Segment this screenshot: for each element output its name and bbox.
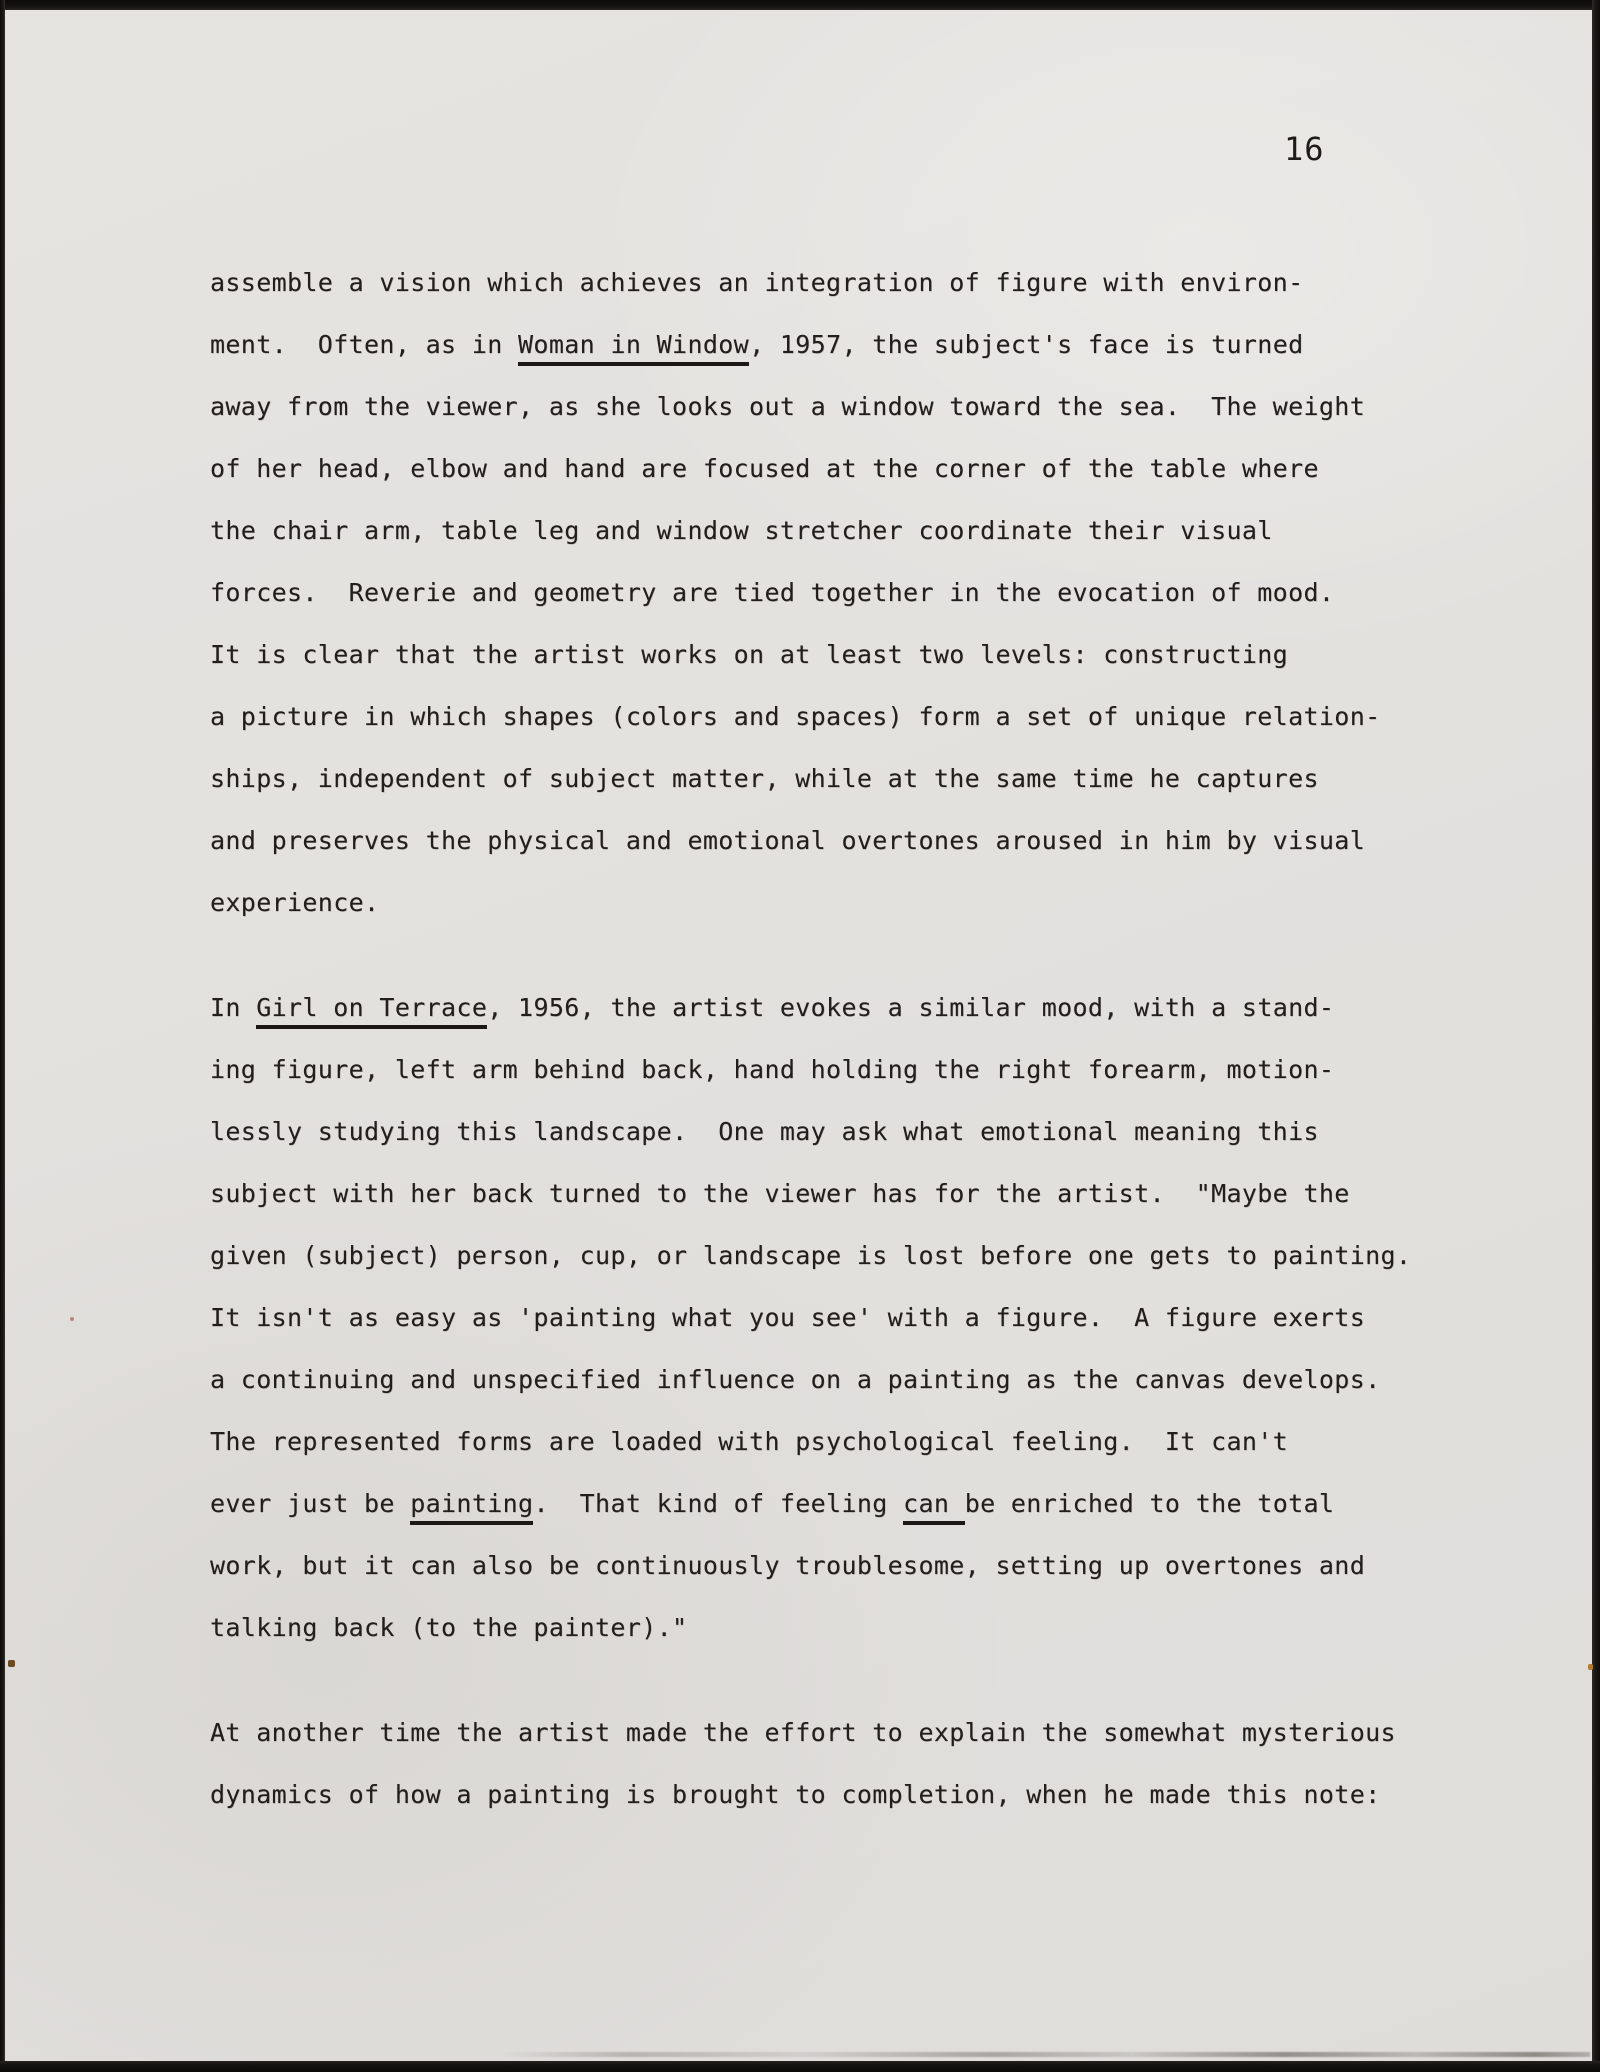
text-line: ing figure, left arm behind back, hand h… [210,1039,1470,1101]
text-line: In Girl on Terrace, 1956, the artist evo… [210,977,1470,1039]
scanned-document-page: 16 assemble a vision which achieves an i… [0,0,1600,2072]
text-line: given (subject) person, cup, or landscap… [210,1225,1470,1287]
text-segment: experience. [210,888,379,917]
scan-speck-left [8,1660,15,1667]
text-line: a continuing and unspecified influence o… [210,1349,1470,1411]
text-line: ships, independent of subject matter, wh… [210,748,1470,810]
text-segment: be enriched to the total [965,1489,1335,1518]
scan-edge-left [0,0,5,2072]
text-line: a picture in which shapes (colors and sp… [210,686,1470,748]
text-line: dynamics of how a painting is brought to… [210,1764,1470,1826]
text-segment: talking back (to the painter)." [210,1613,687,1642]
text-segment: a continuing and unspecified influence o… [210,1365,1381,1394]
text-segment: . That kind of feeling [533,1489,903,1518]
scan-edge-bottom [0,2061,1600,2072]
text-line: The represented forms are loaded with ps… [210,1411,1470,1473]
text-segment: , 1957, the subject's face is turned [749,330,1303,359]
text-segment: assemble a vision which achieves an inte… [210,268,1304,297]
underlined-text: Woman in Window [518,330,749,366]
paragraph: In Girl on Terrace, 1956, the artist evo… [210,977,1470,1659]
text-segment: the chair arm, table leg and window stre… [210,516,1273,545]
text-segment: ships, independent of subject matter, wh… [210,764,1319,793]
text-segment: It isn't as easy as 'painting what you s… [210,1303,1365,1332]
text-segment: of her head, elbow and hand are focused … [210,454,1319,483]
text-line: experience. [210,872,1470,934]
underlined-text: can [903,1489,965,1525]
scan-smudge [500,2052,1590,2057]
scan-speck-margin [70,1317,74,1321]
text-segment: ment. Often, as in [210,330,518,359]
text-line: subject with her back turned to the view… [210,1163,1470,1225]
text-segment: The represented forms are loaded with ps… [210,1427,1288,1456]
text-line: work, but it can also be continuously tr… [210,1535,1470,1597]
text-segment: ing figure, left arm behind back, hand h… [210,1055,1334,1084]
paragraph: At another time the artist made the effo… [210,1702,1470,1826]
scan-edge-top [0,0,1600,10]
text-segment: In [210,993,256,1022]
text-segment: dynamics of how a painting is brought to… [210,1780,1381,1809]
underlined-text: Girl on Terrace [256,993,487,1029]
text-line: At another time the artist made the effo… [210,1702,1470,1764]
text-segment: , 1956, the artist evokes a similar mood… [487,993,1334,1022]
text-line: the chair arm, table leg and window stre… [210,500,1470,562]
text-segment: away from the viewer, as she looks out a… [210,392,1365,421]
text-line: of her head, elbow and hand are focused … [210,438,1470,500]
text-segment: and preserves the physical and emotional… [210,826,1365,855]
text-segment: lessly studying this landscape. One may … [210,1117,1319,1146]
text-line: lessly studying this landscape. One may … [210,1101,1470,1163]
text-line: ever just be painting. That kind of feel… [210,1473,1470,1535]
text-line: It isn't as easy as 'painting what you s… [210,1287,1470,1349]
underlined-text: painting [410,1489,533,1525]
text-segment: At another time the artist made the effo… [210,1718,1396,1747]
text-line: ment. Often, as in Woman in Window, 1957… [210,314,1470,376]
text-segment: work, but it can also be continuously tr… [210,1551,1365,1580]
text-segment: forces. Reverie and geometry are tied to… [210,578,1334,607]
text-line: away from the viewer, as she looks out a… [210,376,1470,438]
text-line: assemble a vision which achieves an inte… [210,252,1470,314]
text-line: and preserves the physical and emotional… [210,810,1470,872]
paragraph: assemble a vision which achieves an inte… [210,252,1470,934]
scan-speck-right [1588,1664,1593,1670]
text-segment: It is clear that the artist works on at … [210,640,1288,669]
text-segment: subject with her back turned to the view… [210,1179,1350,1208]
text-line: forces. Reverie and geometry are tied to… [210,562,1470,624]
text-segment: ever just be [210,1489,410,1518]
document-text: assemble a vision which achieves an inte… [210,252,1470,1826]
scan-edge-right [1592,0,1600,2072]
page-number: 16 [1284,130,1325,168]
text-line: talking back (to the painter)." [210,1597,1470,1659]
text-segment: a picture in which shapes (colors and sp… [210,702,1381,731]
text-line: It is clear that the artist works on at … [210,624,1470,686]
text-segment: given (subject) person, cup, or landscap… [210,1241,1411,1270]
